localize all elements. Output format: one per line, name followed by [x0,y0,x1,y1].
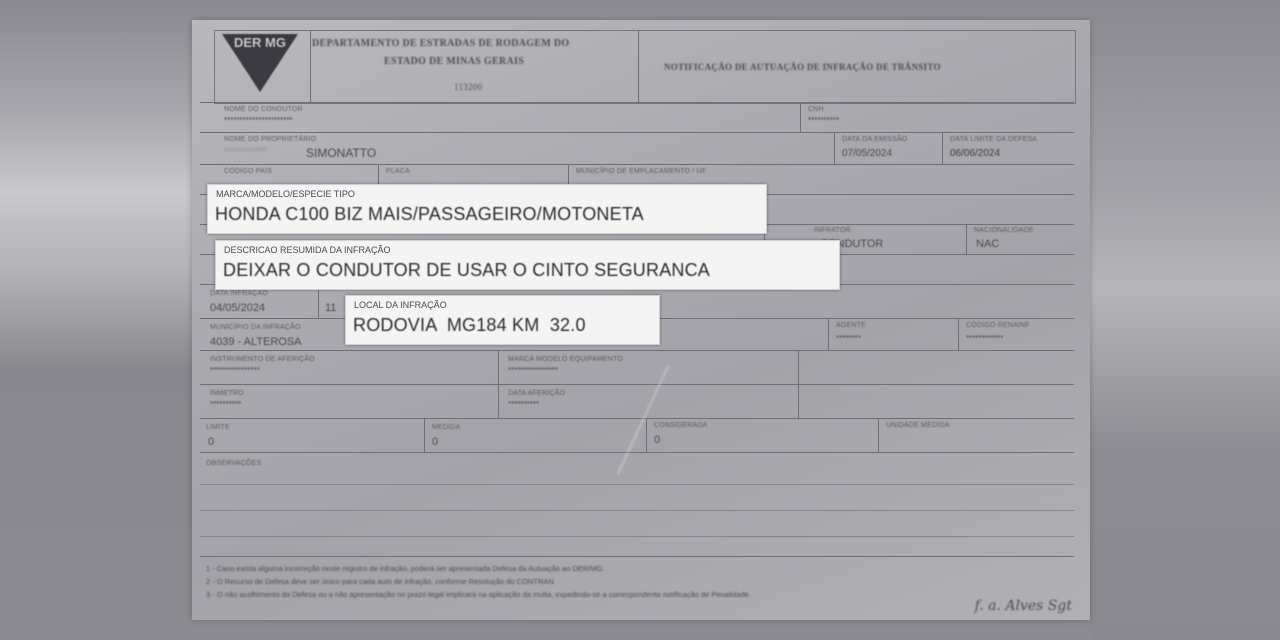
callout-description-value: DEIXAR O CONDUTOR DE USAR O CINTO SEGURA… [223,260,710,281]
considered-value: 0 [654,434,660,446]
footer-note-2: 2 - O Recurso de Defesa deve ser único p… [206,577,556,586]
cnh-label: CNH [808,106,824,113]
cnh-value: ********** [808,116,839,125]
agent-value: ******** [836,334,861,343]
verification-date-label: DATA AFERIÇÃO [508,390,565,397]
registration-city-label: MUNICÍPIO DE EMPLACAMENTO / UF [576,168,706,175]
plate-label: PLACA [386,168,410,175]
agent-label: AGENTE [836,322,866,329]
callout-description: DESCRICAO RESUMIDA DA INFRAÇÃO DEIXAR O … [215,240,840,290]
paper-glare [617,365,670,475]
agent-signature: f. a. Alves Sgt [975,598,1072,614]
issue-date-value: 07/05/2024 [842,148,892,159]
offender-label: INFRATOR [814,227,851,234]
defense-deadline-value: 06/06/2024 [950,148,1000,159]
limit-value: 0 [208,436,214,448]
owner-name-label: NOME DO PROPRIETÁRIO [224,136,316,143]
infraction-time-value: 11 [325,302,336,314]
owner-name-value: SIMONATTO [306,146,376,160]
callout-location: LOCAL DA INFRAÇÃO RODOVIA MG184 KM 32.0 [345,295,660,345]
agent-code-value: ************ [966,334,1003,343]
owner-name-redacted: ********** [224,146,267,158]
infraction-city-value: 4039 - ALTEROSA [210,336,302,348]
infraction-city-label: MUNICÍPIO DA INFRAÇÃO [210,324,301,331]
country-label: CÓDIGO PAÍS [224,168,272,175]
der-mg-logo-text: DER MG [234,36,286,50]
driver-name-label: NOME DO CONDUTOR [224,106,303,113]
defense-deadline-label: DATA LIMITE DA DEFESA [950,136,1037,143]
considered-label: CONSIDERADA [654,422,708,429]
instrument-label: INSTRUMENTO DE AFERIÇÃO [210,356,315,363]
instrument-value: **************** [210,366,260,375]
agent-code-label: CÓDIGO RENAINF [966,322,1030,329]
agency-name-line1: DEPARTAMENTO DE ESTRADAS DE RODAGEM DO [312,38,569,49]
nationality-label: NACIONALIDADE [974,227,1034,234]
callout-location-label: LOCAL DA INFRAÇÃO [354,300,447,310]
callout-vehicle: MARCA/MODELO/ESPECIE TIPO HONDA C100 BIZ… [207,184,767,234]
footer-note-1: 1 - Caso exista alguma incorreção neste … [206,564,605,573]
limit-label: LIMITE [206,424,230,431]
nationality-value: NAC [976,238,999,250]
issue-date-label: DATA DA EMISSÃO [842,136,907,143]
infraction-date-label: DATA INFRAÇÃO [210,290,268,297]
measured-label: MEDIDA [432,424,460,431]
equipment-model-value: **************** [508,366,558,375]
verification-date-value: ********** [508,400,539,409]
agency-name-line2: ESTADO DE MINAS GERAIS [384,56,524,67]
certificate-label: INMETRO [210,390,244,397]
unit-label: UNIDADE MEDIDA [886,422,949,429]
certificate-value: ********** [210,400,241,409]
infraction-date-value: 04/05/2024 [210,302,265,314]
callout-location-value: RODOVIA MG184 KM 32.0 [353,315,586,336]
callout-description-label: DESCRICAO RESUMIDA DA INFRAÇÃO [224,245,391,255]
background-right [1090,0,1280,640]
equipment-model-label: MARCA MODELO EQUIPAMENTO [508,356,623,363]
observations-label: OBSERVAÇÕES [206,460,261,467]
agency-code: 113200 [454,82,482,92]
callout-vehicle-label: MARCA/MODELO/ESPECIE TIPO [216,189,355,199]
driver-name-value: ********************** [224,116,293,125]
footer-note-3: 3 - O não acolhimento da Defesa ou a não… [206,590,751,599]
callout-vehicle-value: HONDA C100 BIZ MAIS/PASSAGEIRO/MOTONETA [215,204,644,225]
measured-value: 0 [432,436,438,448]
form-title: NOTIFICAÇÃO DE AUTUAÇÃO DE INFRAÇÃO DE T… [664,62,941,72]
